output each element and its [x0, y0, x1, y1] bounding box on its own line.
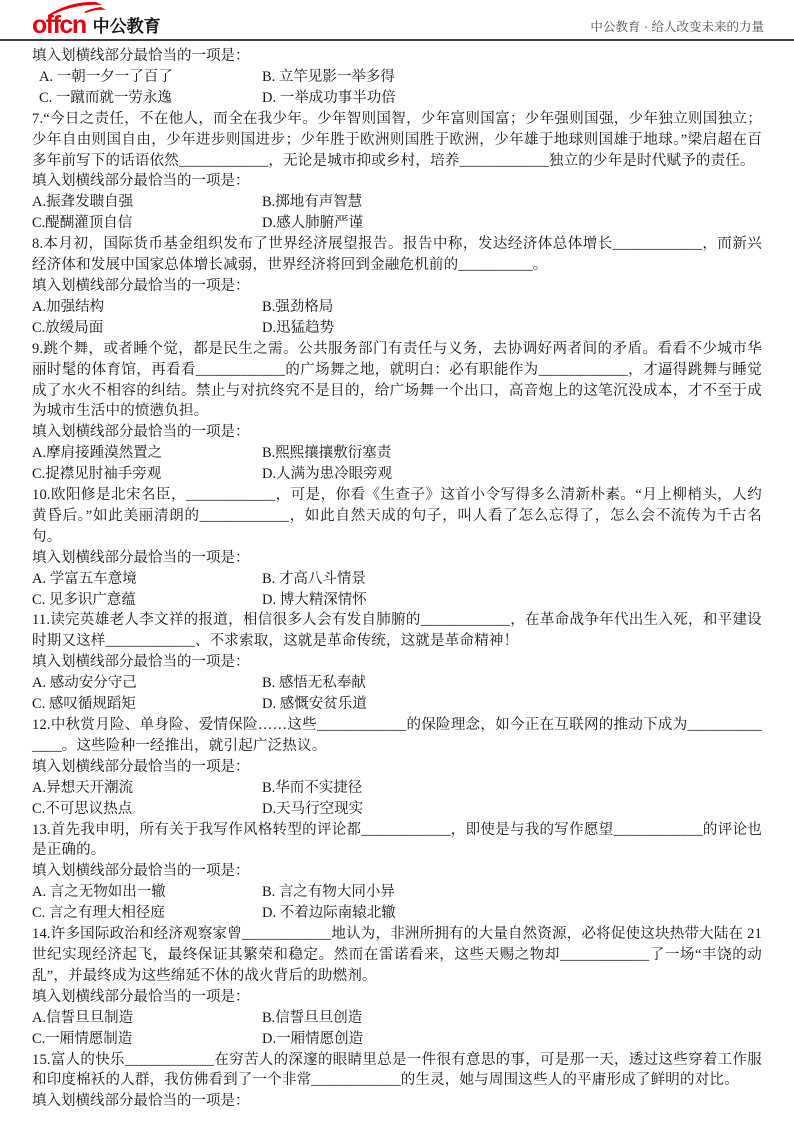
question-stem: 7.“今日之责任，不在他人，而全在我少年。少年智则国智，少年富则国富；少年强则国…	[32, 109, 762, 172]
question-stem: 15.富人的快乐____________在穷苦人的深邃的眼睛里总是一件很有意思的…	[32, 1050, 762, 1092]
question-12: 12.中秋赏月险、单身险、爱情保险……这些____________的保险理念，如…	[32, 715, 762, 820]
options-list: A. 言之无物如出一辙 B. 言之有物大同小异 C. 言之有理大相径庭 D. 不…	[32, 882, 762, 924]
question-13: 13.首先我申明，所有关于我写作风格转型的评论都____________，即使是…	[32, 820, 762, 925]
fill-in-prompt: 填入划横线部分最恰当的一项是：	[32, 46, 762, 67]
option-b: B.掷地有声智慧	[262, 192, 762, 213]
options-list: A.异想天开潮流 B.华而不实捷径 C.不可思议热点 D.天马行空现实	[32, 778, 762, 820]
option-a: A.异想天开潮流	[32, 778, 262, 799]
options-list: A. 感动安分守己 B. 感悟无私奉献 C. 感叹循规蹈矩 D. 感慨安贫乐道	[32, 673, 762, 715]
option-a: A.振聋发聩自强	[32, 192, 262, 213]
page-header: offcn 中公教育 中公教育 · 给人改变未来的力量	[0, 0, 794, 41]
options-list: A.信誓旦旦制造 B.信誓旦旦创造 C.一厢情愿制造 D.一厢情愿创造	[32, 1008, 762, 1050]
question-9: 9.跳个舞，或者睡个觉，都是民生之需。公共服务部门有责任与义务，去协调好两者间的…	[32, 339, 762, 485]
question-stem: 9.跳个舞，或者睡个觉，都是民生之需。公共服务部门有责任与义务，去协调好两者间的…	[32, 339, 762, 423]
option-d: D. 一举成功事半功倍	[262, 88, 762, 109]
option-c: C. 一蹴而就一劳永逸	[39, 88, 262, 109]
question-8: 8.本月初，国际货币基金组织发布了世界经济展望报告。报告中称，发达经济体总体增长…	[32, 234, 762, 339]
option-a: A.信誓旦旦制造	[32, 1008, 262, 1029]
fill-in-prompt: 填入划横线部分最恰当的一项是：	[32, 861, 762, 882]
option-b: B. 言之有物大同小异	[262, 882, 762, 903]
option-c: C. 感叹循规蹈矩	[32, 694, 262, 715]
question-stem: 11.读完英雄老人李文祥的报道，相信很多人会有发自肺腑的____________…	[32, 610, 762, 652]
question-stem: 13.首先我申明，所有关于我写作风格转型的评论都____________，即使是…	[32, 820, 762, 862]
option-d: D. 博大精深情怀	[262, 590, 762, 611]
option-d: D.天马行空现实	[262, 799, 762, 820]
fill-in-prompt: 填入划横线部分最恰当的一项是：	[32, 548, 762, 569]
option-a: A. 感动安分守己	[32, 673, 262, 694]
header-slogan: 中公教育 · 给人改变未来的力量	[590, 21, 764, 37]
option-d: D. 不着边际南辕北辙	[262, 903, 762, 924]
option-c: C. 言之有理大相径庭	[32, 903, 262, 924]
options-list: A. 一朝一夕一了百了 B. 立竿见影一举多得 C. 一蹴而就一劳永逸 D. 一…	[32, 67, 762, 109]
exam-content: 填入划横线部分最恰当的一项是： A. 一朝一夕一了百了 B. 立竿见影一举多得 …	[0, 41, 794, 1112]
option-b: B.熙熙攘攘敷衍塞责	[262, 443, 762, 464]
option-c: C. 见多识广意蕴	[32, 590, 262, 611]
question-stem: 10.欧阳修是北宋名臣，____________，可是，你看《生查子》这首小令写…	[32, 485, 762, 548]
option-b: B.信誓旦旦创造	[262, 1008, 762, 1029]
question-15: 15.富人的快乐____________在穷苦人的深邃的眼睛里总是一件很有意思的…	[32, 1050, 762, 1113]
offcn-logo: offcn 中公教育	[32, 15, 161, 36]
fill-in-prompt: 填入划横线部分最恰当的一项是：	[32, 1091, 762, 1112]
question-6-continuation: 填入划横线部分最恰当的一项是： A. 一朝一夕一了百了 B. 立竿见影一举多得 …	[32, 46, 762, 109]
question-7: 7.“今日之责任，不在他人，而全在我少年。少年智则国智，少年富则国富；少年强则国…	[32, 109, 762, 234]
fill-in-prompt: 填入划横线部分最恰当的一项是：	[32, 276, 762, 297]
question-stem: 8.本月初，国际货币基金组织发布了世界经济展望报告。报告中称，发达经济体总体增长…	[32, 234, 762, 276]
option-c: C.不可思议热点	[32, 799, 262, 820]
question-10: 10.欧阳修是北宋名臣，____________，可是，你看《生查子》这首小令写…	[32, 485, 762, 610]
option-a: A. 学富五车意境	[32, 569, 262, 590]
option-a: A. 一朝一夕一了百了	[39, 67, 262, 88]
option-b: B. 才高八斗情景	[262, 569, 762, 590]
option-d: D.迅猛趋势	[262, 318, 762, 339]
logo-swoosh-icon	[46, 2, 108, 18]
options-list: A.振聋发聩自强 B.掷地有声智慧 C.醍醐灌顶自信 D.感人肺腑严谨	[32, 192, 762, 234]
option-a: A. 言之无物如出一辙	[32, 882, 262, 903]
option-a: A.加强结构	[32, 297, 262, 318]
offcn-logo-text: offcn	[32, 15, 86, 36]
option-c: C.放缓局面	[32, 318, 262, 339]
options-list: A. 学富五车意境 B. 才高八斗情景 C. 见多识广意蕴 D. 博大精深情怀	[32, 569, 762, 611]
option-d: D. 感慨安贫乐道	[262, 694, 762, 715]
option-b: B.华而不实捷径	[262, 778, 762, 799]
question-stem: 12.中秋赏月险、单身险、爱情保险……这些____________的保险理念，如…	[32, 715, 762, 757]
options-list: A.加强结构 B.强劲格局 C.放缓局面 D.迅猛趋势	[32, 297, 762, 339]
question-stem: 14.许多国际政治和经济观察家曾____________地认为，非洲所拥有的大量…	[32, 924, 762, 987]
fill-in-prompt: 填入划横线部分最恰当的一项是：	[32, 652, 762, 673]
option-c: C.醍醐灌顶自信	[32, 213, 262, 234]
fill-in-prompt: 填入划横线部分最恰当的一项是：	[32, 171, 762, 192]
option-c: C.一厢情愿制造	[32, 1029, 262, 1050]
option-c: C.捉襟见肘袖手旁观	[32, 464, 262, 485]
question-14: 14.许多国际政治和经济观察家曾____________地认为，非洲所拥有的大量…	[32, 924, 762, 1049]
fill-in-prompt: 填入划横线部分最恰当的一项是：	[32, 987, 762, 1008]
option-a: A.摩肩接踵漠然置之	[32, 443, 262, 464]
logo-cn-text: 中公教育	[93, 18, 161, 36]
option-b: B. 感悟无私奉献	[262, 673, 762, 694]
fill-in-prompt: 填入划横线部分最恰当的一项是：	[32, 422, 762, 443]
options-list: A.摩肩接踵漠然置之 B.熙熙攘攘敷衍塞责 C.捉襟见肘袖手旁观 D.人满为患冷…	[32, 443, 762, 485]
option-d: D.感人肺腑严谨	[262, 213, 762, 234]
question-11: 11.读完英雄老人李文祥的报道，相信很多人会有发自肺腑的____________…	[32, 610, 762, 715]
option-d: D.人满为患冷眼旁观	[262, 464, 762, 485]
option-b: B.强劲格局	[262, 297, 762, 318]
option-d: D.一厢情愿创造	[262, 1029, 762, 1050]
fill-in-prompt: 填入划横线部分最恰当的一项是：	[32, 757, 762, 778]
option-b: B. 立竿见影一举多得	[262, 67, 762, 88]
